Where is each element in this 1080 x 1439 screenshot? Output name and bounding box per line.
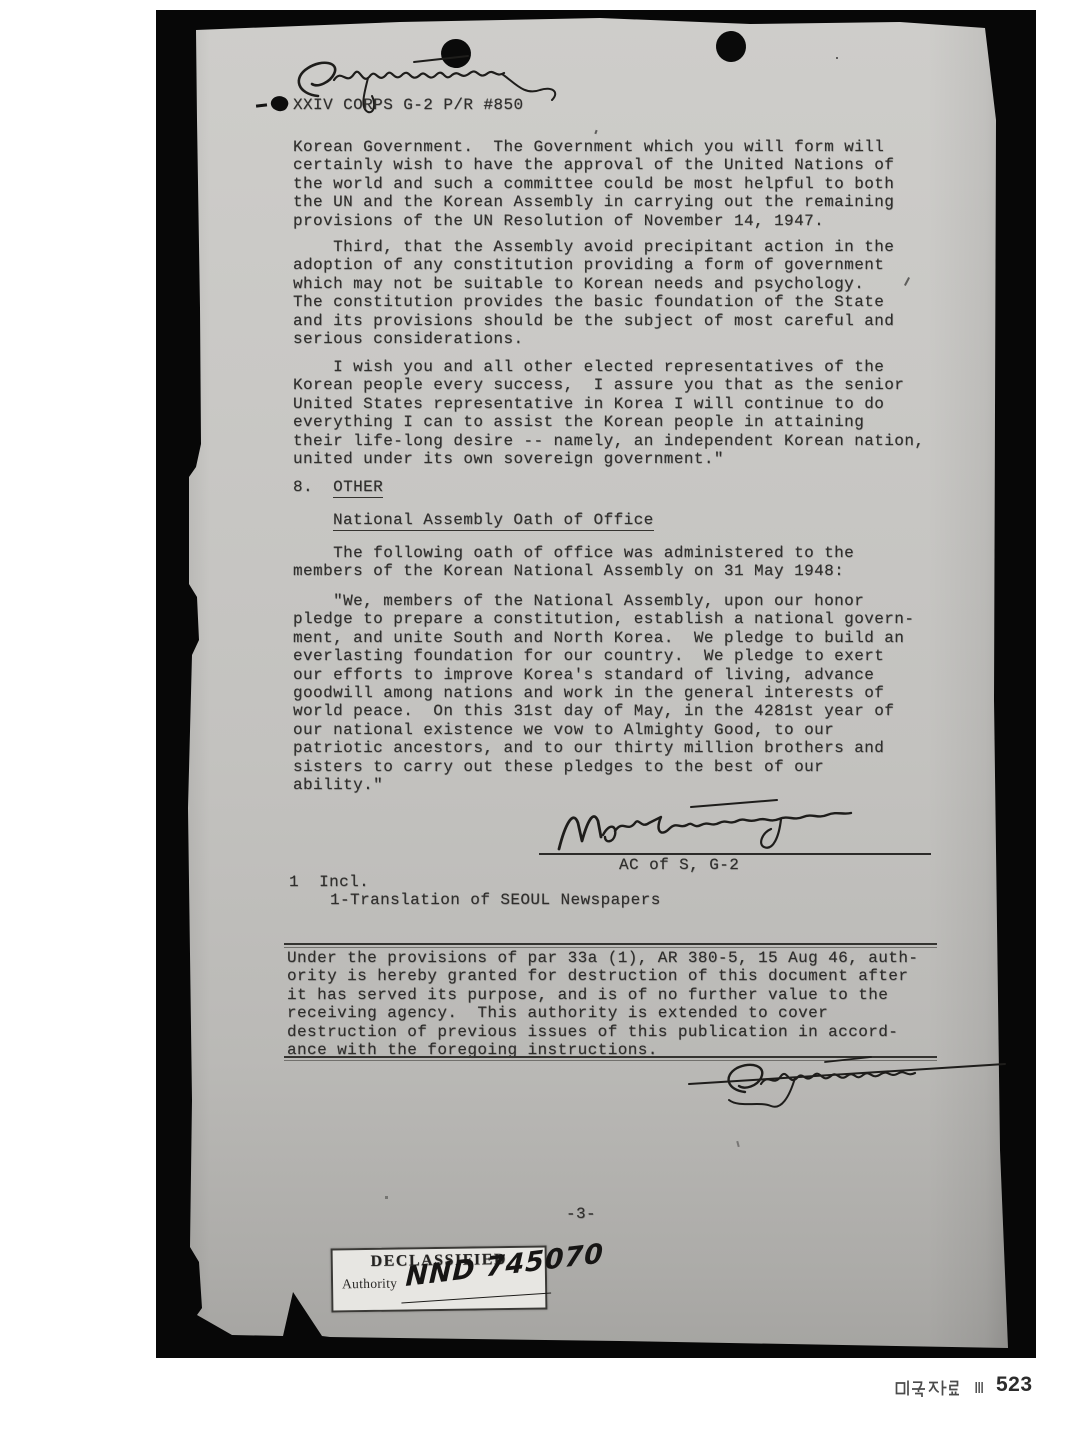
text-line: destruction of previous issues of this p… [287, 1023, 918, 1041]
page-number: -3- [566, 1205, 596, 1223]
text-line: the world and such a committee could be … [293, 175, 894, 193]
text-line: sisters to carry out these pledges to th… [293, 758, 914, 776]
text-line: Korean people every success, I assure yo… [293, 376, 924, 394]
text-line: provisions of the UN Resolution of Novem… [293, 212, 894, 230]
text-line: The constitution provides the basic foun… [293, 293, 894, 311]
section-title: OTHER [333, 478, 383, 498]
text-line: members of the Korean National Assembly … [293, 562, 854, 580]
text-line: ment, and unite South and North Korea. W… [293, 629, 914, 647]
paragraph-wishes: I wish you and all other elected represe… [293, 358, 924, 468]
text-line: patriotic ancestors, and to our thirty m… [293, 739, 914, 757]
declassified-stamp: DECLASSIFIED Authority NND 745070 [331, 1245, 548, 1312]
destruction-notice: Under the provisions of par 33a (1), AR … [287, 949, 918, 1059]
signature-title: AC of S, G-2 [619, 856, 739, 874]
text-line: I wish you and all other elected represe… [293, 358, 924, 376]
text-line: everything I can to assist the Korean pe… [293, 413, 924, 431]
archive-book-page: { "document": { "classification_handwrit… [0, 0, 1080, 1439]
text-line: ability." [293, 776, 914, 794]
text-line: and its provisions should be the subject… [293, 312, 894, 330]
text-line: their life-long desire -- namely, an ind… [293, 432, 924, 450]
text-line: pledge to prepare a constitution, establ… [293, 610, 914, 628]
text-line: receiving agency. This authority is exte… [287, 1004, 918, 1022]
text-line: certainly wish to have the approval of t… [293, 156, 894, 174]
text-line: world peace. On this 31st day of May, in… [293, 702, 914, 720]
scan-speck [385, 1196, 388, 1199]
text-line: which may not be suitable to Korean need… [293, 275, 894, 293]
text-line: our efforts to improve Korea's standard … [293, 666, 914, 684]
footer-caption-page-number: 523 [996, 1373, 1033, 1397]
report-header: XXIV CORPS G-2 P/R #850 [293, 96, 524, 114]
enclosure-item: 1-Translation of SEOUL Newspapers [330, 891, 661, 909]
footer-caption-korean [895, 1379, 963, 1397]
footer-caption: Ⅲ 523 [895, 1371, 1040, 1399]
declassified-stamp-authority-label: Authority [342, 1276, 397, 1293]
paragraph-korean-government: Korean Government. The Government which … [293, 138, 894, 230]
scan-speck [836, 57, 838, 59]
text-line: "We, members of the National Assembly, u… [293, 592, 914, 610]
text-line: The following oath of office was adminis… [293, 544, 854, 562]
paragraph-third-point: Third, that the Assembly avoid precipita… [293, 238, 894, 348]
text-line: our national existence we vow to Almight… [293, 721, 914, 739]
section-number: 8. [293, 478, 313, 496]
subsection-heading: National Assembly Oath of Office [333, 511, 654, 529]
text-line: United States representative in Korea I … [293, 395, 924, 413]
handwritten-confidential-bottom [675, 1050, 1015, 1120]
text-line: the UN and the Korean Assembly in carryi… [293, 193, 894, 211]
oath-intro: The following oath of office was adminis… [293, 544, 854, 581]
text-line: united under its own sovereign governmen… [293, 450, 924, 468]
text-line: Korean Government. The Government which … [293, 138, 894, 156]
text-line: it has served its purpose, and is of no … [287, 986, 918, 1004]
text-line: goodwill among nations and work in the g… [293, 684, 914, 702]
signature-rule [539, 853, 931, 855]
destruction-notice-top-rule [284, 943, 937, 948]
text-line: Under the provisions of par 33a (1), AR … [287, 949, 918, 967]
text-line: adoption of any constitution providing a… [293, 256, 894, 274]
enclosure-count: 1 Incl. [289, 873, 369, 891]
footer-caption-volume: Ⅲ [974, 1379, 984, 1397]
oath-text: "We, members of the National Assembly, u… [293, 592, 914, 794]
declassified-stamp-authority-underline [401, 1293, 551, 1304]
section-heading: 8. OTHER [293, 478, 383, 496]
text-line: serious considerations. [293, 330, 894, 348]
text-line: everlasting foundation for our country. … [293, 647, 914, 665]
text-line: ority is hereby granted for destruction … [287, 967, 918, 985]
text-line: Third, that the Assembly avoid precipita… [293, 238, 894, 256]
